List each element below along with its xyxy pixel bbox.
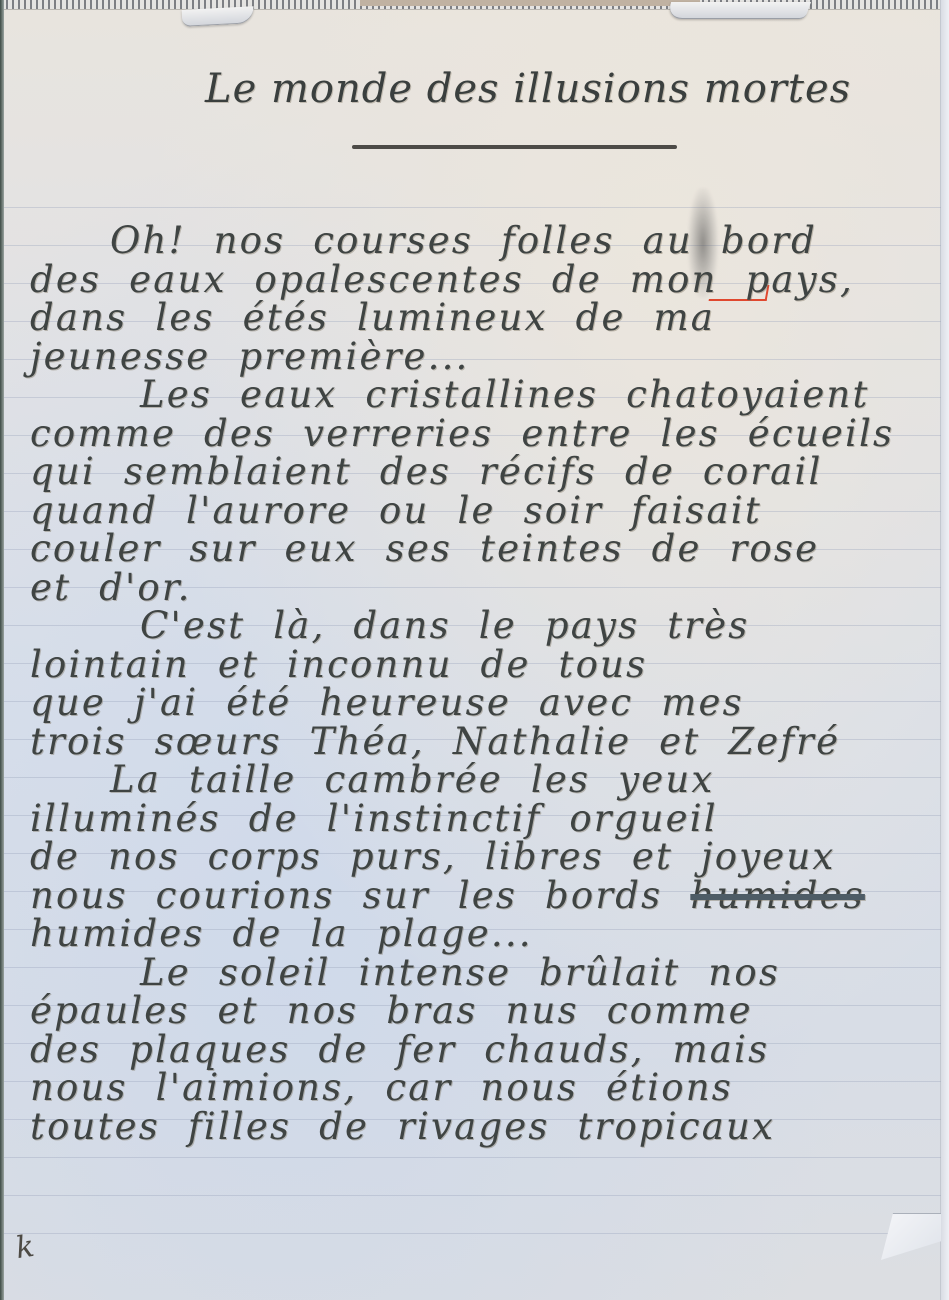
text-line: Oh! nos courses folles au bord (30, 222, 930, 261)
document-title: Le monde des illusions mortes (205, 66, 851, 112)
manuscript-page: Le monde des illusions mortes Oh! nos co… (0, 0, 949, 1300)
text-line: lointain et inconnu de tous (30, 646, 930, 685)
text-line: illuminés de l'instinctif orgueil (30, 800, 930, 839)
text-line: dans les étés lumineux de ma (30, 299, 930, 338)
text-line: que j'ai été heureuse avec mes (30, 684, 930, 723)
text-line: Le soleil intense brûlait nos (30, 954, 930, 993)
torn-paper-flap-right (665, 2, 811, 19)
text-line: des eaux opalescentes de mon pays, (30, 261, 930, 300)
text-line: qui semblaient des récifs de corail (30, 453, 930, 492)
text-line: trois sœurs Théa, Nathalie et Zefré (30, 723, 930, 762)
text-line: humides de la plage... (30, 915, 930, 954)
text-line: nous courions sur les bords humides (30, 877, 930, 916)
text-line: C'est là, dans le pays très (30, 607, 930, 646)
torn-paper-flap-left (182, 6, 255, 27)
struck-word: humides (690, 874, 865, 917)
text-line: toutes filles de rivages tropicaux (30, 1108, 930, 1147)
handwritten-body: Oh! nos courses folles au bord des eaux … (30, 222, 930, 1146)
text-line: comme des verreries entre les écueils (30, 415, 930, 454)
text-line: La taille cambrée les yeux (30, 761, 930, 800)
text-line: jeunesse première... (30, 338, 930, 377)
text-line: épaules et nos bras nus comme (30, 992, 930, 1031)
text-line: des plaques de fer chauds, mais (30, 1031, 930, 1070)
binding-tape (360, 0, 700, 6)
text-line: couler sur eux ses teintes de rose (30, 530, 930, 569)
text-line: nous l'aimions, car nous étions (30, 1069, 930, 1108)
text-line: de nos corps purs, libres et joyeux (30, 838, 930, 877)
text-line: Les eaux cristallines chatoyaient (30, 376, 930, 415)
right-page-edge (940, 0, 949, 1300)
title-underline (352, 145, 677, 149)
text-line: et d'or. (30, 569, 930, 608)
text-line: quand l'aurore ou le soir faisait (30, 492, 930, 531)
